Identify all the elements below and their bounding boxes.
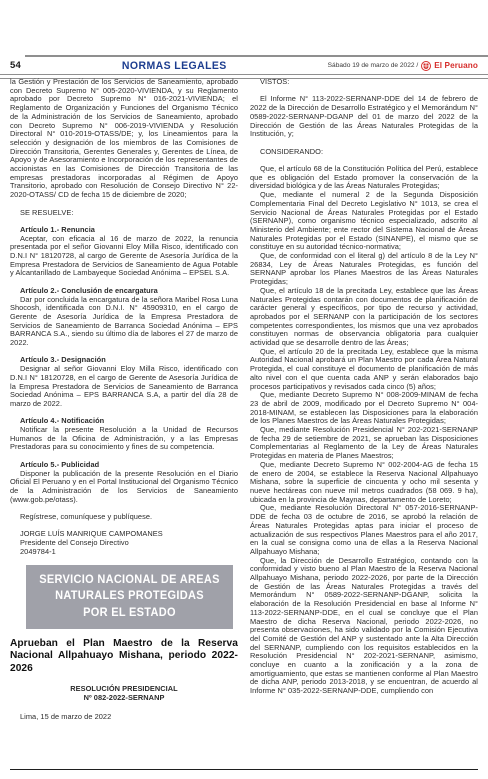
- page-body: la Gestión y Prestación de los Servicios…: [10, 78, 478, 766]
- left-column: la Gestión y Prestación de los Servicios…: [10, 78, 238, 766]
- record-number: 2049784-1: [10, 548, 238, 557]
- page-number: 54: [10, 60, 21, 71]
- masthead-date-block: Sábado 19 de marzo de 2022 / El Peruano: [328, 61, 478, 71]
- vistos-paragraph: El Informe N° 113-2022-SERNANP-DDE del 1…: [250, 95, 478, 139]
- recital: Que, mediante el numeral 2 de la Segunda…: [250, 191, 478, 252]
- vistos-label: VISTOS:: [250, 78, 478, 87]
- issue-date: Sábado 19 de marzo de 2022 /: [328, 62, 419, 69]
- agency-banner: SERVICIO NACIONAL DE AREAS NATURALES PRO…: [26, 565, 233, 630]
- recital: Que, mediante Decreto Supremo N° 002-200…: [250, 461, 478, 505]
- article-5-body: Disponer la publicación de la presente R…: [10, 470, 238, 505]
- continuation-paragraph: la Gestión y Prestación de los Servicios…: [10, 78, 238, 200]
- article-1-body: Aceptar, con eficacia al 16 de marzo de …: [10, 235, 238, 279]
- masthead-row: 54 NORMAS LEGALES Sábado 19 de marzo de …: [0, 57, 488, 74]
- resolution-title: RESOLUCIÓN PRESIDENCIAL: [10, 684, 238, 693]
- closing-formula: Regístrese, comuníquese y publíquese.: [10, 513, 238, 522]
- recital: Que, la Dirección de Desarrollo Estratég…: [250, 557, 478, 696]
- recital: Que, mediante Resolución Presidencial N°…: [250, 426, 478, 461]
- decree-headline: Aprueban el Plan Maestro de la Reserva N…: [10, 638, 238, 675]
- el-peruano-crest-icon: [421, 61, 431, 71]
- newspaper-logo-text: El Peruano: [434, 61, 478, 70]
- gazette-page: 54 NORMAS LEGALES Sábado 19 de marzo de …: [0, 0, 488, 779]
- section-title: NORMAS LEGALES: [122, 59, 227, 72]
- considerando-label: CONSIDERANDO:: [250, 148, 478, 157]
- recital: Que, de conformidad con el literal g) de…: [250, 252, 478, 287]
- agency-banner-line: POR EL ESTADO: [30, 604, 229, 621]
- article-4-body: Notificar la presente Resolución a la Un…: [10, 426, 238, 452]
- recital: Que, el artículo 68 de la Constitución P…: [250, 165, 478, 191]
- recital: Que, mediante Resolución Directoral N° 0…: [250, 504, 478, 556]
- recital: Que, mediante Decreto Supremo N° 008-200…: [250, 391, 478, 426]
- right-column: VISTOS: El Informe N° 113-2022-SERNANP-D…: [250, 78, 478, 766]
- recital: Que, el artículo 18 de la precitada Ley,…: [250, 287, 478, 348]
- article-2-body: Dar por concluida la encargatura de la s…: [10, 296, 238, 348]
- masthead: 54 NORMAS LEGALES Sábado 19 de marzo de …: [0, 55, 488, 79]
- agency-banner-line: SERVICIO NACIONAL DE AREAS: [30, 571, 229, 588]
- agency-banner-line: NATURALES PROTEGIDAS: [30, 588, 229, 605]
- page-bottom-rule: [10, 769, 478, 770]
- article-3-body: Designar al señor Giovanni Eloy Milla Ri…: [10, 365, 238, 409]
- place-date-line: Lima, 15 de marzo de 2022: [10, 713, 238, 722]
- resolution-number: Nº 082-2022-SERNANP: [10, 693, 238, 702]
- recital: Que, el artículo 20 de la precitada Ley,…: [250, 348, 478, 392]
- se-resuelve-label: SE RESUELVE:: [10, 209, 238, 218]
